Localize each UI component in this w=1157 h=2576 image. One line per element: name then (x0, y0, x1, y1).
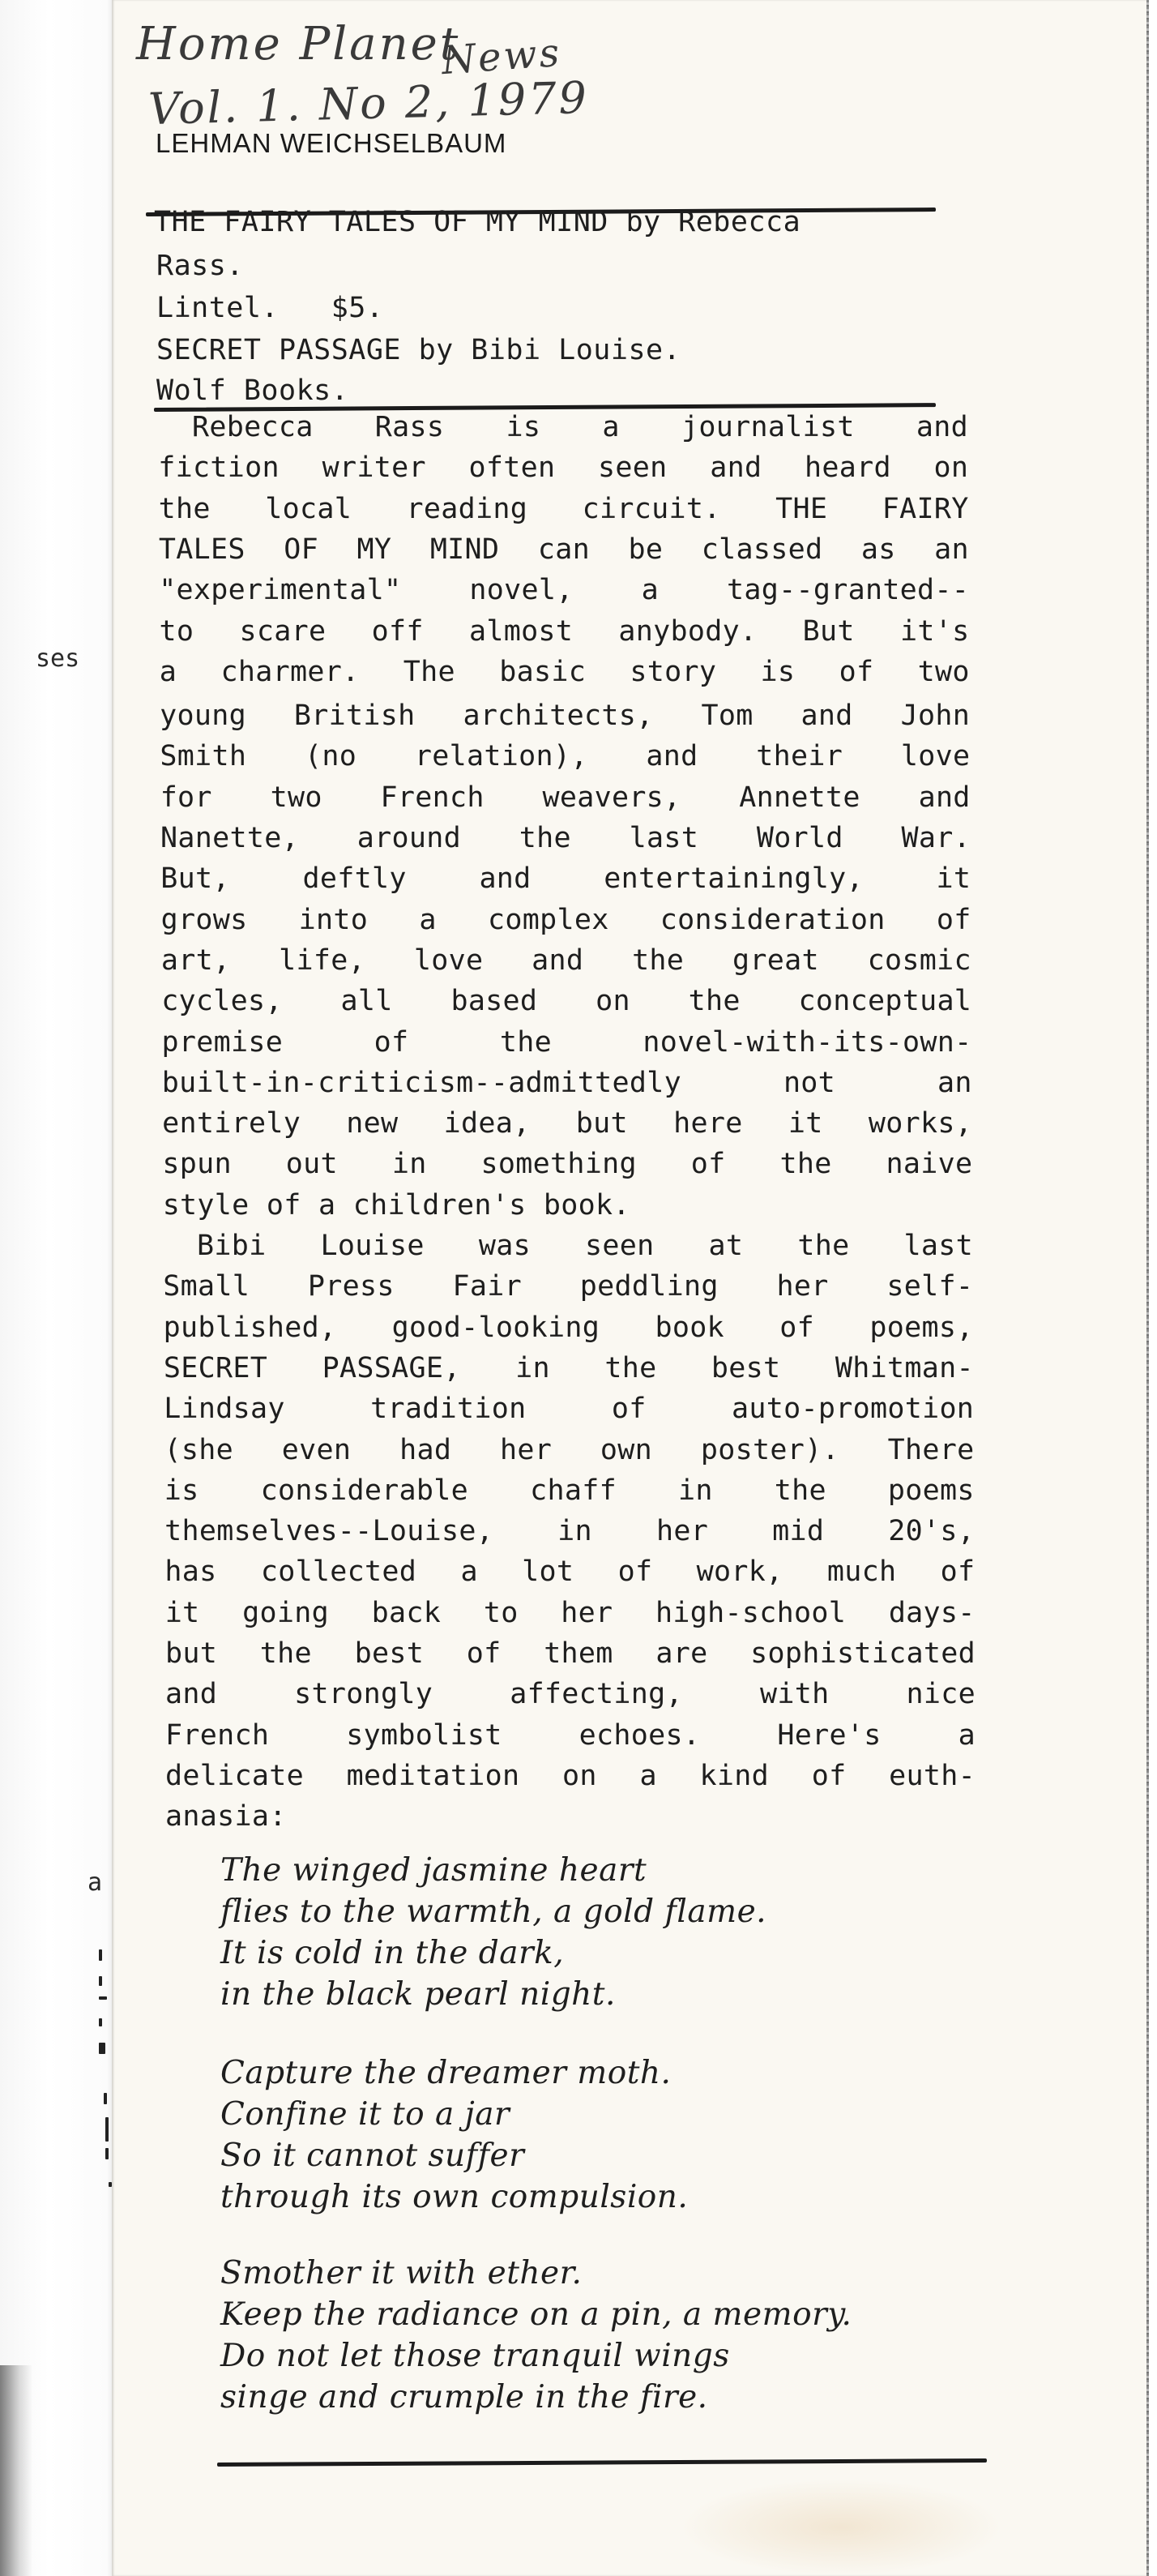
body-line: young British architects, Tom and John (160, 700, 970, 732)
margin-mark (99, 1996, 107, 2000)
body-line: delicate meditation on a kind of euth- (165, 1760, 976, 1792)
margin-fragment: a (88, 1868, 102, 1897)
body-line: TALES OF MY MIND can be classed as an (159, 533, 969, 566)
body-line: French symbolist echoes. Here's a (165, 1719, 976, 1752)
header-line: SECRET PASSAGE by Bibi Louise. (156, 334, 681, 366)
poem-line: It is cold in the dark, (220, 1935, 564, 1971)
margin-fragment: ses (36, 644, 79, 673)
body-line: themselves--Louise, in her mid 20's, (164, 1515, 975, 1547)
margin-mark (104, 2093, 107, 2104)
poem-line: The winged jasmine heart (220, 1852, 647, 1889)
margin-mark (105, 2148, 109, 2159)
margin-mark (99, 1976, 102, 1986)
author-byline: LEHMAN WEICHSELBAUM (156, 128, 506, 159)
body-line: Lindsay tradition of auto-promotion (164, 1393, 974, 1425)
body-line: has collected a lot of work, much of (164, 1555, 975, 1588)
paper-stain (679, 2479, 1003, 2576)
body-line: Rebecca Rass is a journalist and (158, 411, 968, 443)
body-line: the local reading circuit. THE FAIRY (159, 493, 969, 525)
scanner-background-right (1149, 0, 1157, 2576)
poem-line: Do not let those tranquil wings (220, 2338, 730, 2374)
body-line: to scare off almost anybody. But it's (160, 615, 970, 648)
poem-line: Capture the dreamer moth. (220, 2055, 671, 2091)
body-line: fiction writer often seen and heard on (158, 451, 968, 484)
header-line: Rass. (156, 250, 244, 282)
body-line: is considerable chaff in the poems (164, 1474, 975, 1507)
body-line: style of a children's book. (163, 1189, 973, 1222)
body-line: grows into a complex consideration of (161, 904, 971, 936)
header-line: THE FAIRY TALES OF MY MIND by Rebecca (154, 206, 801, 238)
header-line: Lintel. $5. (156, 292, 383, 324)
body-line: "experimental" novel, a tag--granted-- (159, 574, 969, 606)
body-line: art, life, love and the great cosmic (161, 944, 971, 977)
handwritten-publication: Home Planet (136, 18, 460, 71)
body-line: for two French weavers, Annette and (160, 781, 971, 814)
poem-line: So it cannot suffer (220, 2137, 524, 2174)
body-line: SECRET PASSAGE, in the best Whitman- (164, 1352, 974, 1384)
margin-mark (105, 2117, 109, 2142)
scan-shadow (0, 2365, 32, 2576)
margin-mark (99, 2043, 105, 2054)
body-line: built-in-criticism--admittedly not an (162, 1067, 972, 1099)
poem-line: flies to the warmth, a gold flame. (220, 1893, 766, 1930)
margin-mark (99, 1949, 102, 1961)
body-line: (she even had her own poster). There (164, 1434, 975, 1466)
body-line: Small Press Fair peddling her self- (163, 1270, 973, 1303)
header-line: Wolf Books. (156, 374, 348, 407)
poem-line: Smother it with ether. (220, 2255, 582, 2291)
body-line: But, deftly and entertainingly, it (160, 862, 971, 895)
body-line: and strongly affecting, with nice (165, 1678, 976, 1710)
body-line: spun out in something of the naive (162, 1148, 972, 1180)
body-line: premise of the novel-with-its-own- (162, 1026, 972, 1059)
poem-line: in the black pearl night. (220, 1976, 616, 2013)
poem-line: singe and crumple in the fire. (220, 2379, 708, 2416)
body-line: published, good-looking book of poems, (164, 1312, 974, 1344)
body-line: but the best of them are sophisticated (165, 1637, 976, 1670)
scanner-background (0, 0, 122, 2576)
body-line: anasia: (165, 1800, 976, 1833)
body-line: it going back to her high-school days- (165, 1597, 976, 1629)
body-line: cycles, all based on the conceptual (161, 985, 971, 1017)
body-line: Nanette, around the last World War. (160, 822, 971, 854)
poem-line: Confine it to a jar (220, 2096, 510, 2133)
body-line: Smith (no relation), and their love (160, 740, 970, 772)
body-line: a charmer. The basic story is of two (160, 656, 970, 688)
margin-mark (109, 2182, 112, 2187)
margin-mark (99, 2018, 102, 2026)
poem-line: Keep the radiance on a pin, a memory. (220, 2296, 852, 2333)
poem-line: through its own compulsion. (220, 2179, 688, 2215)
body-line: Bibi Louise was seen at the last (163, 1230, 973, 1262)
body-line: entirely new idea, but here it works, (162, 1107, 972, 1140)
